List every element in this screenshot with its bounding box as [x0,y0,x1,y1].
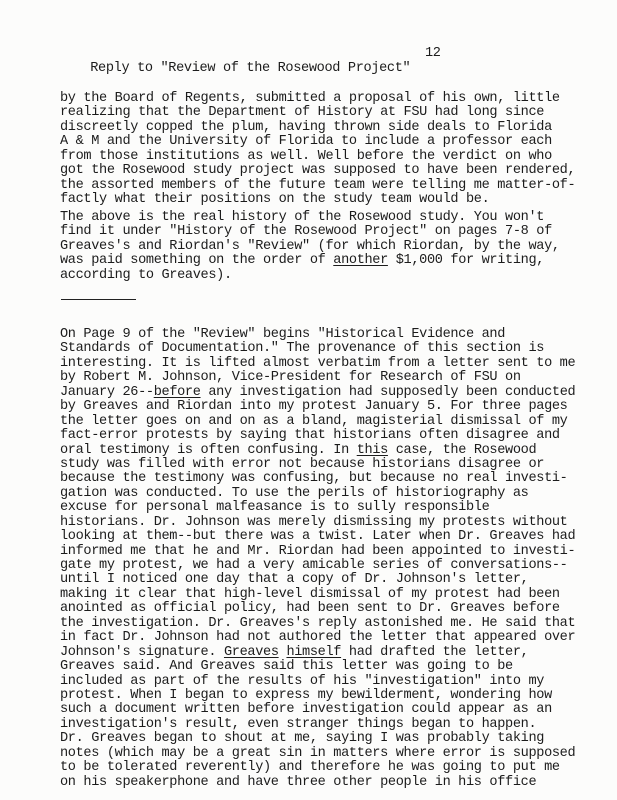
text-segment: to be tolerated reverently) and therefor… [60,760,560,775]
text-segment: had drafted the letter, [341,645,528,660]
text-segment: factly what their positions on the study… [60,192,489,207]
text-line: oral testimony is often confusing. In th… [60,444,575,458]
text-segment: any investigation had supposedly been co… [201,385,576,400]
text-line: Dr. Greaves began to shout at me, saying… [60,732,575,746]
text-segment: case, the Rosewood [388,443,536,458]
text-line: by the Board of Regents, submitted a pro… [60,92,575,106]
text-segment: informed me that he and Mr. Riordan had … [60,544,575,559]
text-line: Greaves said. And Greaves said this lett… [60,660,575,674]
text-segment: looking at them--but there was a twist. … [60,529,575,544]
text-segment: making it clear that high-level dismissa… [60,587,560,602]
text-segment: January 26-- [60,385,154,400]
text-line: by Robert M. Johnson, Vice-President for… [60,371,575,385]
text-segment: by the Board of Regents, submitted a pro… [60,91,560,106]
text-line: in fact Dr. Johnson had not authored the… [60,631,575,645]
text-segment: gation was conducted. To use the perils … [60,486,528,501]
text-line: interesting. It is lifted almost verbati… [60,357,575,371]
text-line: Standards of Documentation." The provena… [60,342,575,356]
text-line: the letter goes on and on as a bland, ma… [60,415,575,429]
text-line: from those institutions as well. Well be… [60,150,575,164]
text-segment: study was filled with error not because … [60,457,544,472]
text-segment: realizing that the Department of History… [60,105,544,120]
text-segment: the letter goes on and on as a bland, ma… [60,414,568,429]
text-segment: by Robert M. Johnson, Vice-President for… [60,370,521,385]
text-line: by Greaves and Riordan into my protest J… [60,400,575,414]
paragraph-historical-evidence: On Page 9 of the "Review" begins "Histor… [60,328,575,790]
text-segment: got the Rosewood study project was suppo… [60,163,575,178]
text-line: making it clear that high-level dismissa… [60,588,575,602]
text-segment: the investigation. Dr. Greaves's reply a… [60,616,575,631]
text-line: excuse for personal malfeasance is to su… [60,501,575,515]
underlined-emphasis: before [154,385,201,400]
paragraph-board-of-regents: by the Board of Regents, submitted a pro… [60,92,575,208]
text-line: find it under "History of the Rosewood P… [60,225,560,239]
text-segment: because the testimony was confusing, but… [60,471,568,486]
text-line: investigation's result, even stranger th… [60,718,575,732]
text-segment: investigation's result, even stranger th… [60,717,536,732]
text-line: on his speakerphone and have three other… [60,776,575,790]
text-line: informed me that he and Mr. Riordan had … [60,545,575,559]
text-segment: interesting. It is lifted almost verbati… [60,356,575,371]
text-line: The above is the real history of the Ros… [60,211,560,225]
text-segment: Johnson's signature. [60,645,224,660]
text-segment: fact-error protests by saying that histo… [60,428,560,443]
text-segment: Greaves's and Riordan's "Review" (for wh… [60,239,560,254]
text-segment: excuse for personal malfeasance is to su… [60,500,489,515]
text-line: Greaves's and Riordan's "Review" (for wh… [60,240,560,254]
text-segment: notes (which may be a great sin in matte… [60,746,575,761]
text-line: until I noticed one day that a copy of D… [60,573,575,587]
text-line: historians. Dr. Johnson was merely dismi… [60,516,575,530]
text-segment: by Greaves and Riordan into my protest J… [60,399,568,414]
text-segment: in fact Dr. Johnson had not authored the… [60,630,575,645]
text-line: A & M and the University of Florida to i… [60,135,575,149]
text-segment: such a document written before investiga… [60,702,552,717]
text-segment: gate my protest, we had a very amicable … [60,558,568,573]
paragraph-real-history: The above is the real history of the Ros… [60,211,560,283]
text-line: gation was conducted. To use the perils … [60,487,575,501]
underlined-emphasis: another [333,253,388,268]
underlined-emphasis: himself [286,645,341,660]
text-line: January 26--before any investigation had… [60,386,575,400]
text-line: according to Greaves). [60,269,560,283]
text-line: was paid something on the order of anoth… [60,254,560,268]
text-line: to be tolerated reverently) and therefor… [60,761,575,775]
text-segment: A & M and the University of Florida to i… [60,134,552,149]
text-segment: On Page 9 of the "Review" begins "Histor… [60,327,505,342]
text-line: because the testimony was confusing, but… [60,472,575,486]
text-segment: was paid something on the order of [60,253,333,268]
text-line: such a document written before investiga… [60,703,575,717]
text-line: got the Rosewood study project was suppo… [60,164,575,178]
text-segment: oral testimony is often confusing. In [60,443,357,458]
text-segment: according to Greaves). [60,268,232,283]
text-line: looking at them--but there was a twist. … [60,530,575,544]
text-segment: until I noticed one day that a copy of D… [60,572,528,587]
text-line: notes (which may be a great sin in matte… [60,747,575,761]
text-segment: protest. When I began to express my bewi… [60,688,552,703]
text-segment: the assorted members of the future team … [60,178,575,193]
text-segment: $1,000 for writing, [388,253,544,268]
text-segment: from those institutions as well. Well be… [60,149,552,164]
text-line: fact-error protests by saying that histo… [60,429,575,443]
text-line: realizing that the Department of History… [60,106,575,120]
text-segment: The above is the real history of the Ros… [60,210,544,225]
text-line: included as part of the results of his "… [60,675,575,689]
text-line: the investigation. Dr. Greaves's reply a… [60,617,575,631]
text-segment: Standards of Documentation." The provena… [60,341,544,356]
text-segment: included as part of the results of his "… [60,674,544,689]
text-line: anointed as official policy, had been se… [60,602,575,616]
text-line: On Page 9 of the "Review" begins "Histor… [60,328,575,342]
text-segment: on his speakerphone and have three other… [60,775,536,790]
text-line: factly what their positions on the study… [60,193,575,207]
text-line: protest. When I began to express my bewi… [60,689,575,703]
page-number: 12 [425,47,441,62]
text-segment: Greaves said. And Greaves said this lett… [60,659,513,674]
header-title: Reply to "Review of the Rosewood Project… [90,61,410,76]
text-line: the assorted members of the future team … [60,179,575,193]
section-divider-rule [61,299,136,300]
text-line: gate my protest, we had a very amicable … [60,559,575,573]
text-line: Johnson's signature. Greaves himself had… [60,646,575,660]
text-segment: Dr. Greaves began to shout at me, saying… [60,731,544,746]
text-segment: historians. Dr. Johnson was merely dismi… [60,515,568,530]
underlined-emphasis: Greaves [224,645,279,660]
text-line: discreetly copped the plum, having throw… [60,121,575,135]
text-line: study was filled with error not because … [60,458,575,472]
underlined-emphasis: this [357,443,388,458]
document-page: Reply to "Review of the Rosewood Project… [0,0,617,800]
text-segment: find it under "History of the Rosewood P… [60,224,552,239]
text-segment: discreetly copped the plum, having throw… [60,120,552,135]
text-segment: anointed as official policy, had been se… [60,601,560,616]
